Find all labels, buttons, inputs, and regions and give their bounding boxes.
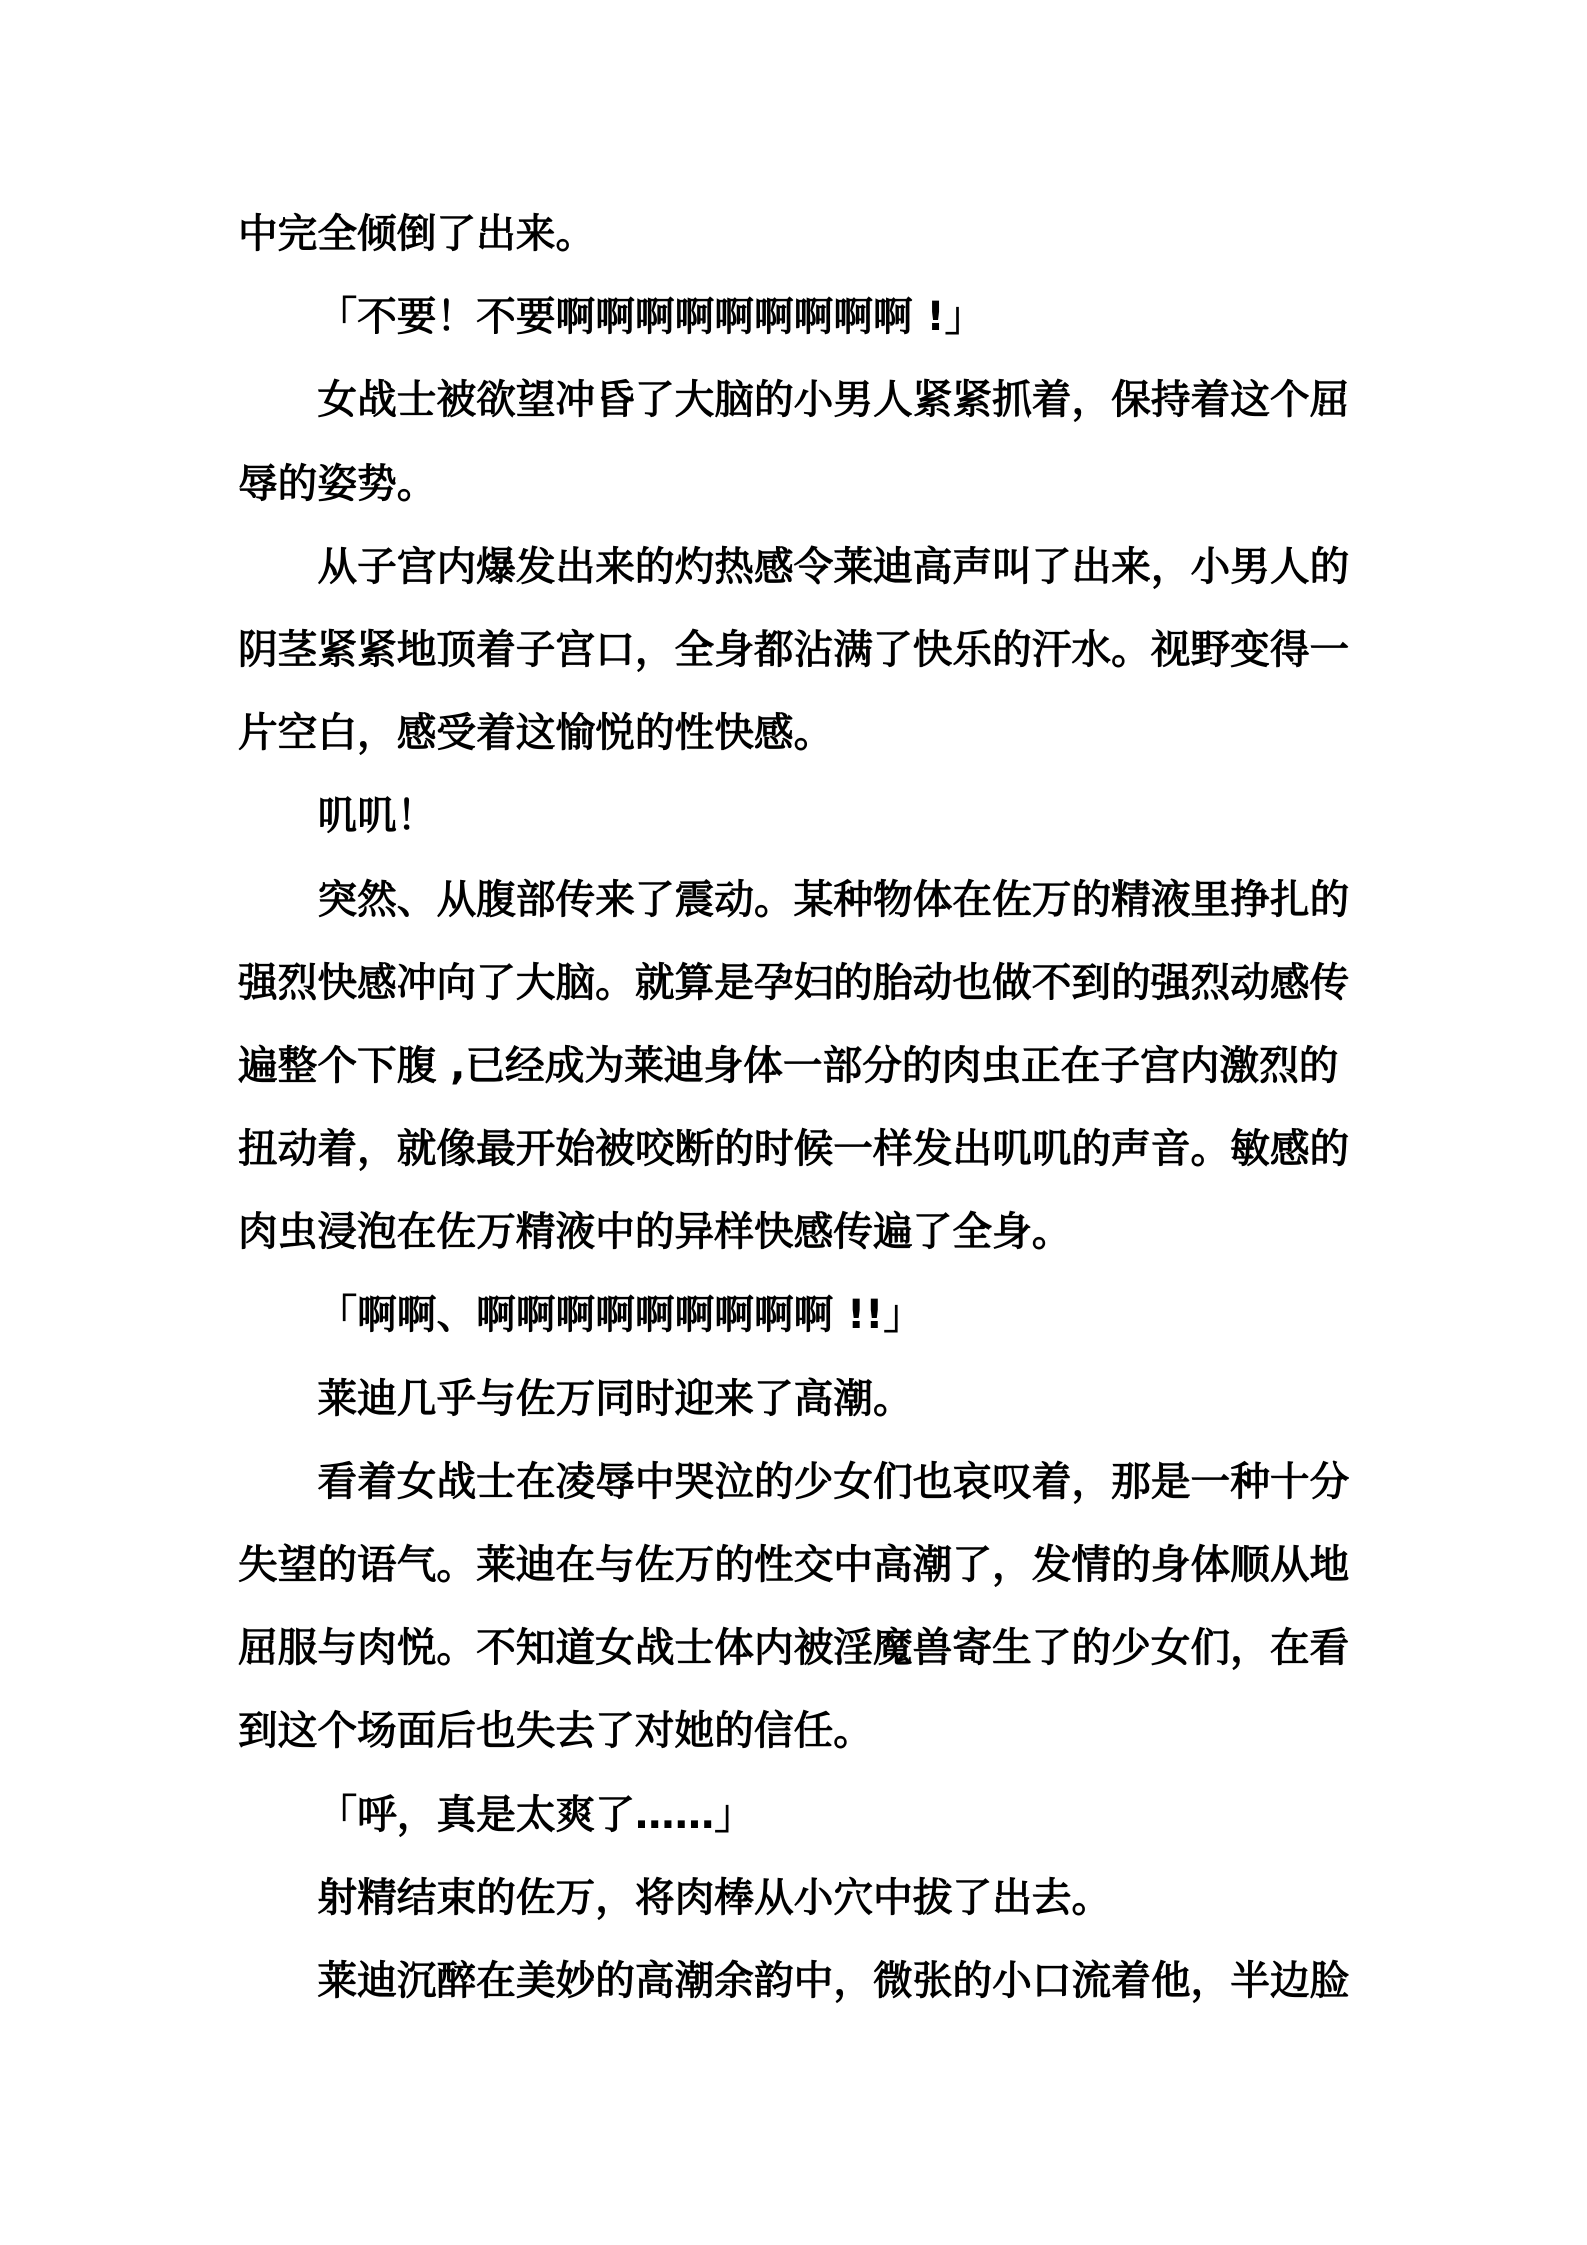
document-page: 中完全倾倒了出来。「不要！不要啊啊啊啊啊啊啊啊啊 !」女战士被欲望冲昏了大脑的小… xyxy=(0,0,1587,2245)
text-line: 阴茎紧紧地顶着子宫口，全身都沾满了快乐的汗水。视野变得一 xyxy=(238,609,1418,692)
text-line: 扭动着，就像最开始被咬断的时候一样发出叽叽的声音。敏感的 xyxy=(238,1108,1418,1191)
text-line: 看着女战士在凌辱中哭泣的少女们也哀叹着，那是一种十分 xyxy=(238,1441,1418,1524)
text-line: 从子宫内爆发出来的灼热感令莱迪高声叫了出来，小男人的 xyxy=(238,526,1418,609)
text-line: 遍整个下腹 ,已经成为莱迪身体一部分的肉虫正在子宫内激烈的 xyxy=(238,1025,1418,1108)
text-line: 肉虫浸泡在佐万精液中的异样快感传遍了全身。 xyxy=(238,1191,1418,1274)
text-line: 突然、从腹部传来了震动。某种物体在佐万的精液里挣扎的 xyxy=(238,859,1418,942)
text-line: 失望的语气。莱迪在与佐万的性交中高潮了，发情的身体顺从地 xyxy=(238,1524,1418,1607)
text-line: 「啊啊、啊啊啊啊啊啊啊啊啊 !!」 xyxy=(238,1274,1418,1357)
text-block: 中完全倾倒了出来。「不要！不要啊啊啊啊啊啊啊啊啊 !」女战士被欲望冲昏了大脑的小… xyxy=(238,193,1418,2023)
text-line: 「不要！不要啊啊啊啊啊啊啊啊啊 !」 xyxy=(238,276,1418,359)
text-line: 女战士被欲望冲昏了大脑的小男人紧紧抓着，保持着这个屈 xyxy=(238,359,1418,442)
text-line: 中完全倾倒了出来。 xyxy=(238,193,1418,276)
text-line: 片空白，感受着这愉悦的性快感。 xyxy=(238,692,1418,775)
text-line: 到这个场面后也失去了对她的信任。 xyxy=(238,1690,1418,1773)
text-line: 「呼，真是太爽了……」 xyxy=(238,1774,1418,1857)
text-line: 莱迪几乎与佐万同时迎来了高潮。 xyxy=(238,1358,1418,1441)
text-line: 射精结束的佐万，将肉棒从小穴中拔了出去。 xyxy=(238,1857,1418,1940)
text-line: 莱迪沉醉在美妙的高潮余韵中，微张的小口流着他，半边脸 xyxy=(238,1940,1418,2023)
text-line: 辱的姿势。 xyxy=(238,443,1418,526)
text-line: 叽叽！ xyxy=(238,775,1418,858)
text-line: 屈服与肉悦。不知道女战士体内被淫魔兽寄生了的少女们，在看 xyxy=(238,1607,1418,1690)
text-line: 强烈快感冲向了大脑。就算是孕妇的胎动也做不到的强烈动感传 xyxy=(238,942,1418,1025)
